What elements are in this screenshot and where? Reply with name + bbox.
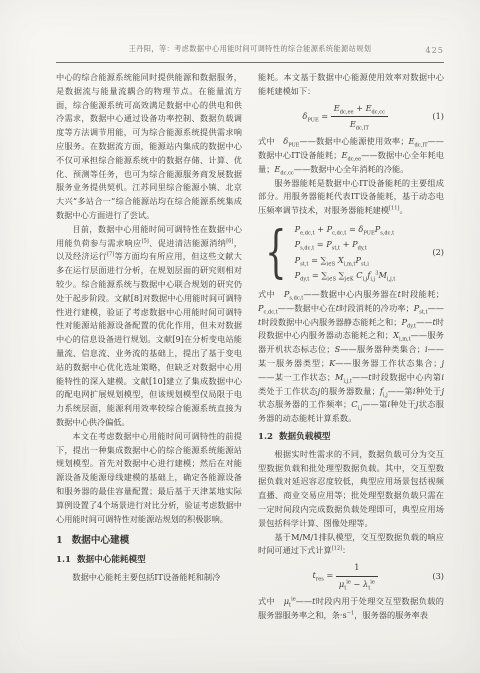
subsection-number: 1.1	[56, 555, 71, 565]
subsection-number: 1.2	[258, 432, 273, 442]
paragraph: 数据中心能耗主要包括IT设备能耗和制冷	[56, 571, 242, 585]
equation-1: δPUE = Edc,ee + Edc,ccEdc,IT (1)	[258, 102, 444, 133]
paragraph: 根据实时性需求的不同，数据负载可分为交互型数据负载和批处理型数据负载。其中，交互…	[258, 448, 444, 531]
where-clause: 式中 μtie——t时段内用于处理交互型数据负载的服务器服务率之和，条·s−1，…	[258, 595, 444, 623]
fraction-denominator: μtie − λtie	[336, 577, 378, 592]
equation-line: Pe,dc,t + Pc,dc,t = δPUEPs,dc,t	[295, 222, 433, 238]
equation-line: Pst,t = ∑i∈S Xi,m,tPst,i	[295, 253, 433, 269]
right-column: 能耗。本文基于数据中心能源使用效率对数据中心能耗建模如下： δPUE = Edc…	[258, 71, 444, 622]
equation-lhs: δPUE =	[302, 111, 330, 121]
paragraph: 基于M/M/1排队模型，交互型数据负载的响应时间可通过下式计算[12]：	[258, 531, 444, 559]
fraction: Edc,ee + Edc,ccEdc,IT	[331, 102, 388, 133]
paragraph: 服务器能耗是数据中心IT设备能耗的主要组成部分。用服务器能耗代表IT设备能耗，基…	[258, 177, 444, 218]
paragraph: 本文在考虑数据中心用能时间可调特性的前提下，提出一种集成数据中心的综合能源系统能…	[56, 430, 242, 527]
equation-line: Ps,dc,t = Pst,t + Pdy,t	[295, 237, 433, 253]
where-clause: 式中 δPUE——数据中心能源使用效率；Edc,IT——数据中心IT设备能耗；E…	[258, 135, 444, 176]
subsection-title: 数据中心能耗模型	[77, 555, 146, 565]
equation-lhs: tres =	[312, 570, 335, 580]
equation-line: Pdy,t = ∑i∈S ∑j∈K Ci,jfi,j3Mi,j,t	[295, 268, 433, 284]
subsection-heading-1-1: 1.1数据中心能耗模型	[56, 554, 242, 568]
page-body: 中心的综合能源系统能同时提供能源和数据服务，是数据流与能量流耦合的物理节点。在能…	[56, 71, 444, 622]
left-brace: {	[265, 225, 286, 281]
paragraph: 目前，数据中心用能时间可调特性在数据中心用能负荷参与需求响应[5]、促进清洁能源…	[56, 223, 242, 430]
section-title: 数据中心建模	[72, 535, 130, 546]
paragraph-continuation: 中心的综合能源系统能同时提供能源和数据服务，是数据流与能量流耦合的物理节点。在能…	[56, 71, 242, 223]
fraction-denominator: Edc,IT	[331, 117, 388, 132]
running-title: 王丹阳，等：考虑数据中心用能时间可调特性的综合能源系统能源站规划	[129, 44, 372, 53]
fraction-numerator: Edc,ee + Edc,cc	[331, 102, 388, 118]
paragraph-continuation: 能耗。本文基于数据中心能源使用效率对数据中心能耗建模如下：	[258, 71, 444, 99]
running-head: 王丹阳，等：考虑数据中心用能时间可调特性的综合能源系统能源站规划 425	[56, 44, 444, 56]
equation-body: tres = 1μtie − λtie	[258, 561, 432, 592]
left-column: 中心的综合能源系统能同时提供能源和数据服务，是数据流与能量流耦合的物理节点。在能…	[56, 71, 242, 622]
page-number: 425	[425, 45, 444, 55]
equation-number: (2)	[432, 246, 444, 260]
equation-lines: Pe,dc,t + Pc,dc,t = δPUEPs,dc,t Ps,dc,t …	[294, 222, 433, 284]
fraction: 1μtie − λtie	[336, 561, 378, 592]
subsection-heading-1-2: 1.2数据负载模型	[258, 431, 444, 445]
section-heading-1: 1数据中心建模	[56, 534, 242, 548]
journal-page: 王丹阳，等：考虑数据中心用能时间可调特性的综合能源系统能源站规划 425 中心的…	[0, 0, 480, 673]
equation-number: (3)	[432, 570, 444, 584]
equation-2: { Pe,dc,t + Pc,dc,t = δPUEPs,dc,t Ps,dc,…	[258, 222, 444, 284]
equation-number: (1)	[432, 110, 444, 124]
fraction-numerator: 1	[336, 561, 378, 577]
header-rule	[56, 62, 444, 63]
where-clause: 式中 Ps,dc,t——数据中心内服务器在t时段能耗；Pc,dc,t——数据中心…	[258, 288, 444, 426]
section-number: 1	[56, 535, 63, 546]
subsection-title: 数据负载模型	[279, 432, 331, 442]
equation-body: δPUE = Edc,ee + Edc,ccEdc,IT	[258, 102, 432, 133]
equation-3: tres = 1μtie − λtie (3)	[258, 561, 444, 592]
